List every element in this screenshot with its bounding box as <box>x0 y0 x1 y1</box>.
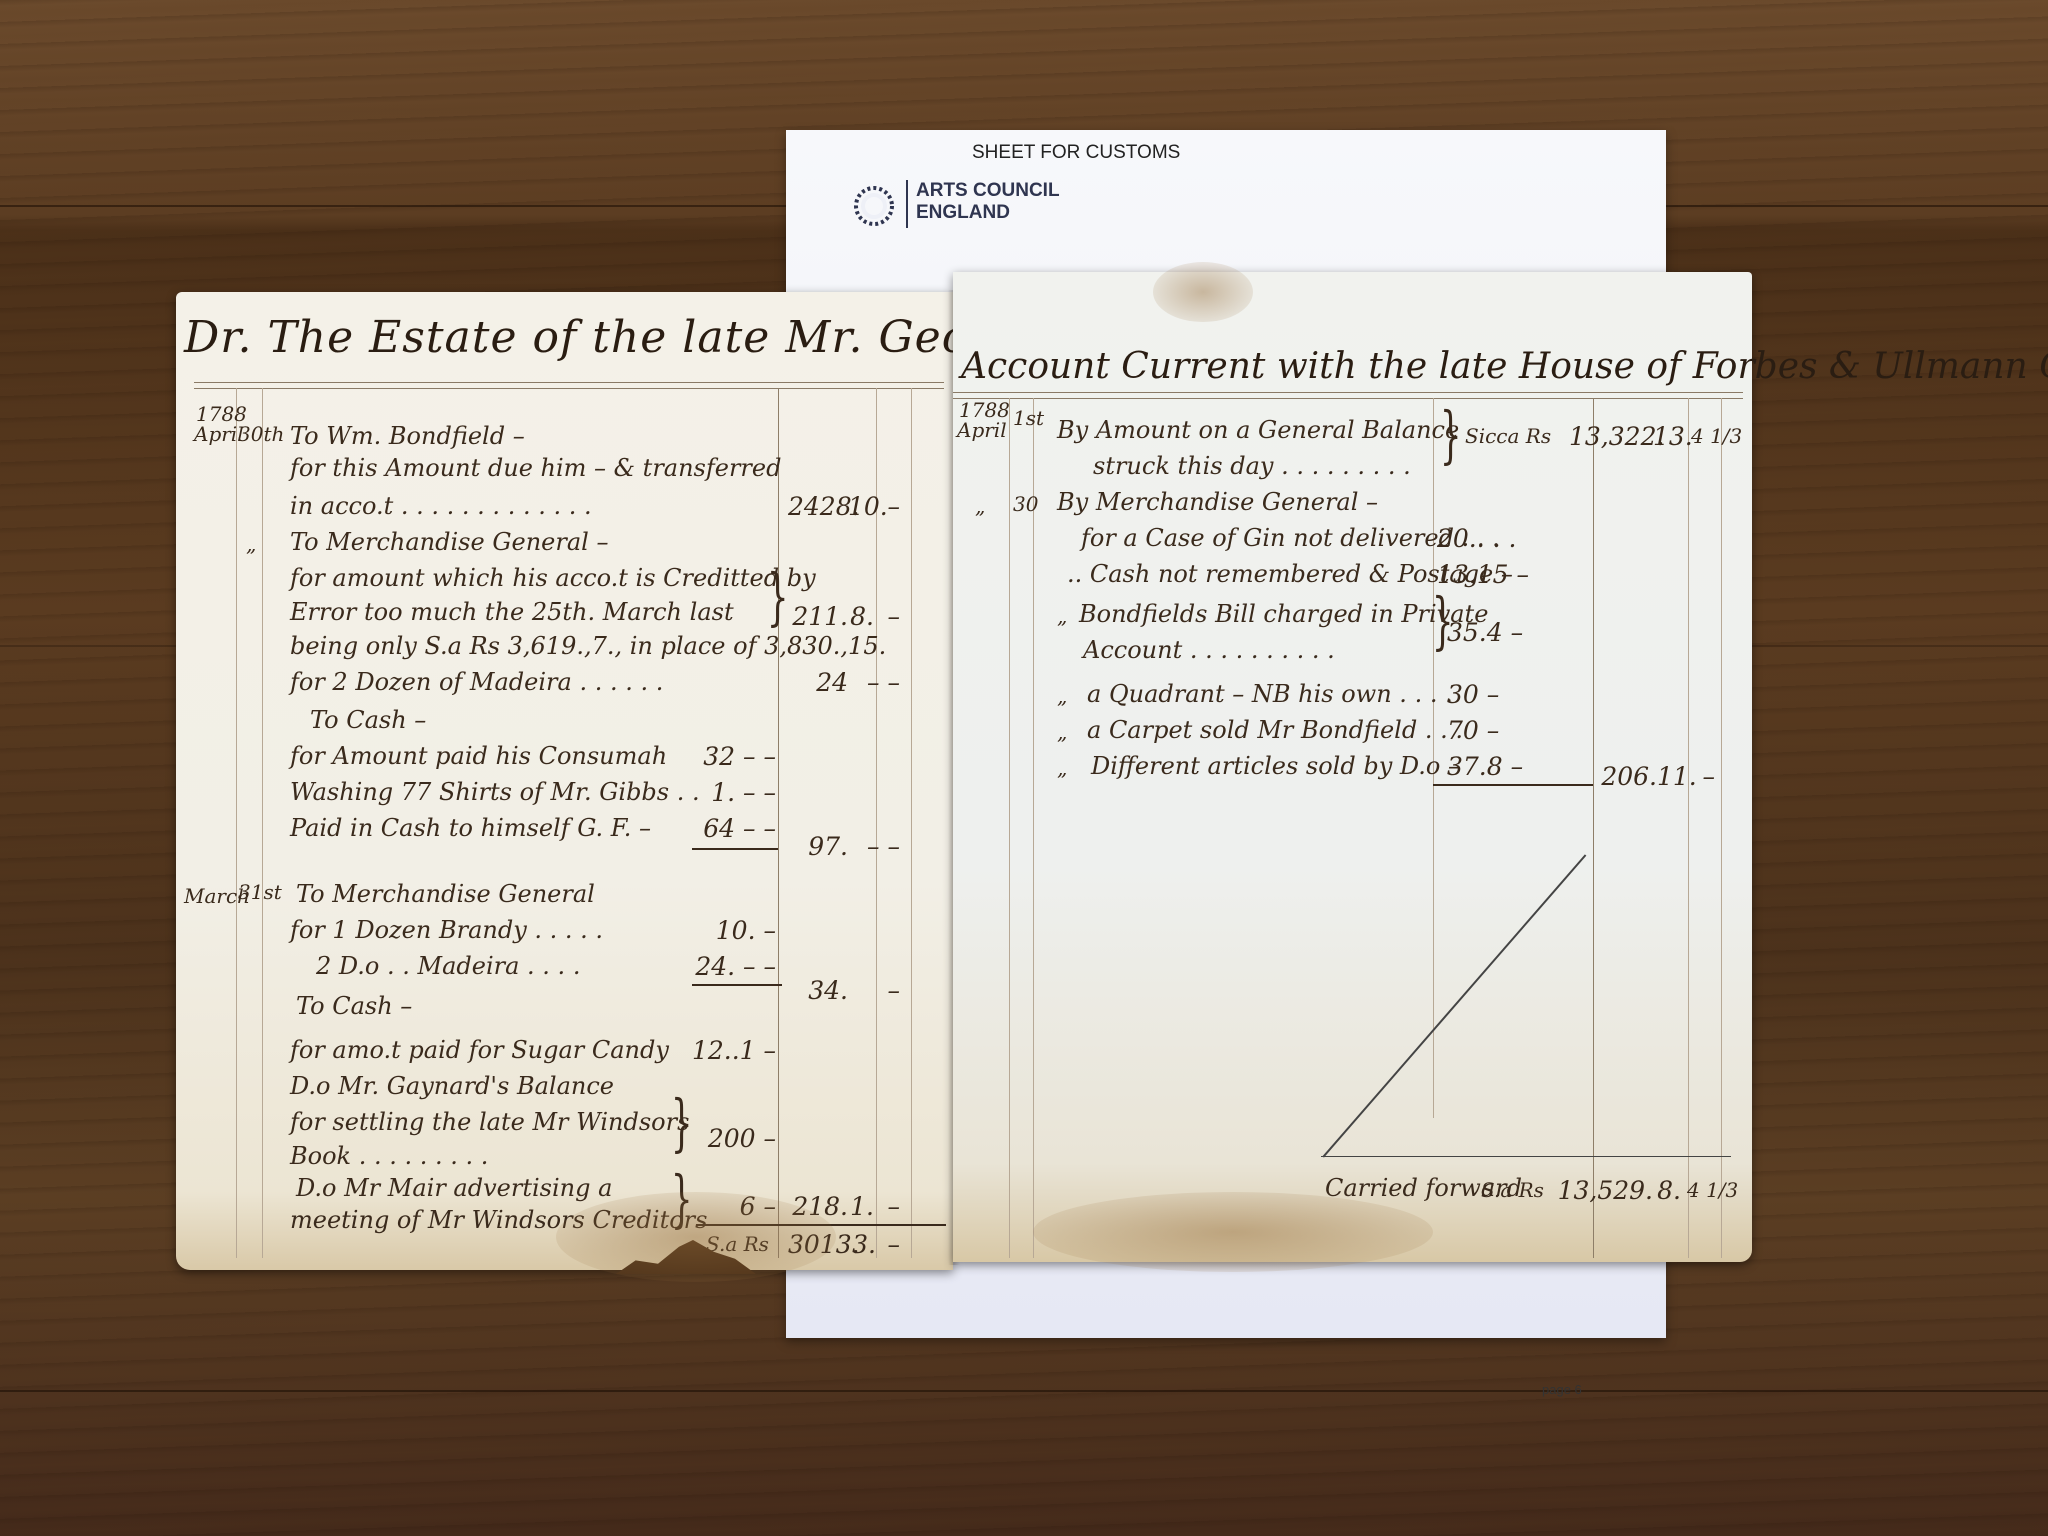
ledger-line: Bondfields Bill charged in Private <box>1079 600 1488 628</box>
ledger-line: 2 D.o . . Madeira . . . . <box>316 952 580 980</box>
amount-pice: – – <box>854 832 900 861</box>
sub-amount: 12..1 – <box>676 1036 776 1065</box>
currency-label: S.a Rs <box>1481 1178 1544 1202</box>
ditto-mark: „ <box>246 532 256 556</box>
sub-amount: 24. – – <box>676 952 776 981</box>
currency-label: Sicca Rs <box>1465 424 1551 448</box>
ledger-line: being only S.a Rs 3,619.,7., in place of… <box>290 632 886 660</box>
water-stain <box>1153 262 1253 322</box>
sub-amount: 35.4 – <box>1447 618 1557 647</box>
carried-forward-annas: 8. <box>1653 1176 1681 1205</box>
ledger-line: Different articles sold by D.o – <box>1091 752 1460 780</box>
sub-amount: 70 – <box>1447 716 1557 745</box>
org-name-line2: ENGLAND <box>916 202 1060 224</box>
ledger-line: By Merchandise General – <box>1057 488 1378 516</box>
ledger-line: By Amount on a General Balance <box>1057 416 1459 444</box>
ledger-line: Account . . . . . . . . . . <box>1083 636 1335 664</box>
amount-pice: – <box>878 602 900 631</box>
ledger-line: Paid in Cash to himself G. F. – <box>290 814 651 842</box>
ledger-line: To Merchandise General – <box>290 528 608 556</box>
water-stain <box>1033 1192 1433 1272</box>
subtotal-rule <box>1433 784 1593 786</box>
ledger-line: D.o Mr. Gaynard's Balance <box>290 1072 614 1100</box>
ledger-right-page: Account Current with the late House of F… <box>953 272 1752 1262</box>
sub-amount: 30 – <box>1447 680 1557 709</box>
amount-pice: – <box>854 976 900 1005</box>
arts-council-logo-icon <box>848 180 900 232</box>
header-rule <box>953 398 1743 399</box>
amount-annas: 13. <box>1653 422 1687 451</box>
sub-amount: 10. – <box>676 916 776 945</box>
amount-rupees: 24 <box>788 668 848 697</box>
ledger-line: for Amount paid his Consumah <box>290 742 667 770</box>
amount-column-rule <box>1593 398 1594 1258</box>
ledger-line: for this Amount due him – & transferred <box>290 454 781 482</box>
water-stain <box>556 1192 836 1282</box>
entry-month: April <box>194 422 244 446</box>
logo-divider <box>906 180 908 228</box>
amount-annas: 10. <box>848 492 874 521</box>
page-total-annas: 3. <box>852 1230 876 1259</box>
right-page-header: Account Current with the late House of F… <box>961 346 2048 387</box>
ledger-line: D.o Mr Mair advertising a <box>296 1174 612 1202</box>
entry-month: April <box>957 418 1007 442</box>
ledger-line: To Merchandise General <box>296 880 595 908</box>
ledger-line: struck this day . . . . . . . . . <box>1093 452 1411 480</box>
sub-amount-column-rule <box>1688 398 1689 1258</box>
amount-pice: – <box>878 492 900 521</box>
entry-day: 1st <box>1013 406 1044 430</box>
subtotal-rule <box>692 984 782 986</box>
header-rule <box>953 392 1743 393</box>
amount-pice: – – <box>854 668 900 697</box>
ledger-line: for 2 Dozen of Madeira . . . . . . <box>290 668 663 696</box>
amount-rupees: 206. <box>1593 762 1657 791</box>
ledger-line: To Cash – <box>296 992 412 1020</box>
ledger-line: for 1 Dozen Brandy . . . . . <box>290 916 603 944</box>
cancel-base-line <box>1321 1156 1731 1157</box>
ditto-mark: „ <box>1057 720 1067 744</box>
table-plank-seam <box>0 1390 2048 1392</box>
sub-amount: 200 – <box>676 1124 776 1153</box>
end-column-rule <box>911 388 912 1258</box>
amount-column-rule <box>778 388 779 1258</box>
amount-annas: 11. <box>1657 762 1687 791</box>
header-rule <box>194 388 944 389</box>
carried-forward-rupees: 13,529. <box>1553 1176 1653 1205</box>
ledger-line: To Cash – <box>310 706 426 734</box>
ditto-mark: „ <box>975 494 985 518</box>
sub-amount: 32 – – <box>676 742 776 771</box>
amount-rupees: 2428. <box>788 492 848 521</box>
ledger-line: a Carpet sold Mr Bondfield . . . <box>1087 716 1463 744</box>
amount-annas: 1. <box>848 1192 874 1221</box>
ledger-line: in acco.t . . . . . . . . . . . . . <box>290 492 592 520</box>
sub-amount: 37.8 – <box>1447 752 1557 781</box>
ledger-left-page: Dr. The Estate of the late Mr. Geo: Forb… <box>176 292 953 1270</box>
day-column-rule <box>262 388 263 1258</box>
sub-amount: 1. – – <box>676 778 776 807</box>
end-column-rule <box>1721 398 1722 1258</box>
carried-forward-pice: 4 1/3 <box>1687 1178 1738 1202</box>
page-number-label: page 6 <box>1542 1382 1582 1397</box>
ditto-mark: „ <box>1057 756 1067 780</box>
ledger-line: for amount which his acco.t is Creditted… <box>290 564 816 592</box>
amount-pice: 4 1/3 <box>1691 424 1742 448</box>
org-name-line1: ARTS COUNCIL <box>916 180 1060 202</box>
entry-day: 31st <box>238 880 282 904</box>
ledger-line: Book . . . . . . . . . <box>290 1142 488 1170</box>
ledger-line: for settling the late Mr Windsors <box>290 1108 689 1136</box>
amount-pice: – <box>878 1192 900 1221</box>
ledger-line: To Wm. Bondfield – <box>290 422 525 450</box>
customs-sheet-title: SHEET FOR CUSTOMS <box>972 142 1180 164</box>
amount-pice: – <box>1693 762 1715 791</box>
day-column-rule <box>1033 398 1034 1258</box>
amount-rupees: 34. <box>788 976 848 1005</box>
amount-rupees: 211. <box>788 602 848 631</box>
ledger-line: Error too much the 25th. March last <box>290 598 734 626</box>
amount-rupees: 97. <box>788 832 848 861</box>
bracket: } <box>1440 404 1462 466</box>
sub-amount: 64 – – <box>676 814 776 843</box>
amount-rupees: 13,322. <box>1569 422 1657 451</box>
page-total-pice: – <box>878 1230 900 1259</box>
date-column-rule <box>236 388 237 1258</box>
bracket: } <box>767 566 789 628</box>
header-rule <box>194 382 944 383</box>
ledger-line: for amo.t paid for Sugar Candy <box>290 1036 669 1064</box>
ditto-mark: „ <box>1057 604 1067 628</box>
ditto-mark: „ <box>1057 684 1067 708</box>
entry-day: 30th <box>238 422 284 446</box>
sub-amount: 20.. . . <box>1437 524 1547 553</box>
entry-day: 30 <box>1013 492 1038 516</box>
organization-name: ARTS COUNCIL ENGLAND <box>916 180 1060 224</box>
sub-amount: 13.15 – <box>1437 560 1547 589</box>
ledger-line: a Quadrant – NB his own . . . . <box>1087 680 1453 708</box>
ledger-line: Washing 77 Shirts of Mr. Gibbs . . <box>290 778 700 806</box>
cancel-diagonal-line <box>1322 854 1586 1157</box>
date-column-rule <box>1009 398 1010 1258</box>
subtotal-rule <box>692 848 778 850</box>
amount-annas: 8. <box>848 602 874 631</box>
